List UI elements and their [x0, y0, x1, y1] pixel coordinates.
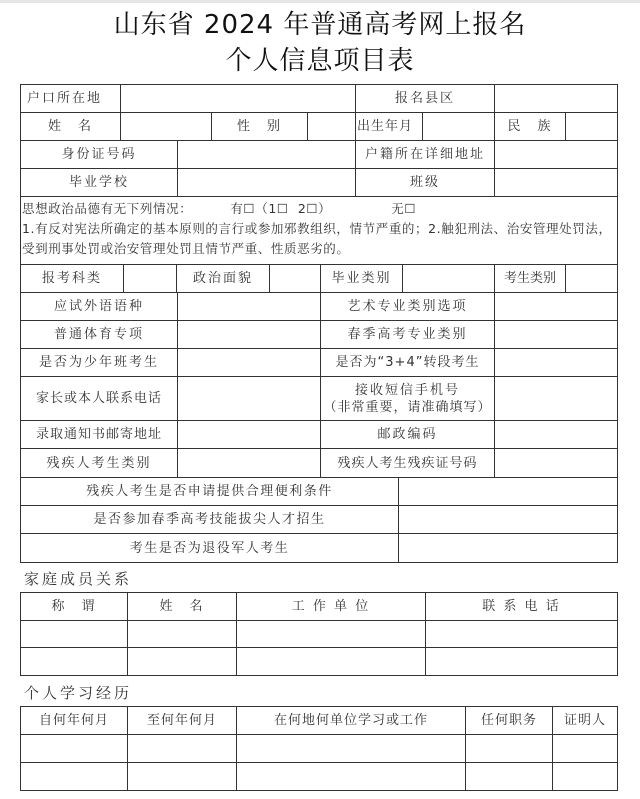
study-row-1-witness[interactable] [552, 734, 618, 763]
family-row-1-name[interactable] [127, 620, 237, 648]
label-id-number: 身份证号码 [20, 140, 178, 169]
label-veteran: 考生是否为退役军人考生 [20, 533, 399, 563]
family-col-name: 姓 名 [127, 592, 237, 621]
field-birth-date[interactable] [422, 112, 495, 141]
study-row-2-witness[interactable] [552, 762, 618, 791]
study-col-place: 在何地何单位学习或工作 [236, 706, 466, 735]
study-row-1-to[interactable] [127, 734, 237, 763]
family-row-2-phone[interactable] [425, 647, 618, 676]
field-hukou-location[interactable] [120, 84, 356, 113]
label-graduation-category: 毕业类别 [320, 264, 403, 293]
field-exam-category[interactable] [123, 264, 177, 293]
study-row-1-position[interactable] [465, 734, 553, 763]
field-sports-specialty[interactable] [177, 320, 321, 349]
family-row-2-name[interactable] [127, 647, 237, 676]
field-class[interactable] [494, 168, 618, 197]
field-disability-accommodation[interactable] [398, 477, 618, 506]
field-art-major-option[interactable] [494, 292, 618, 321]
field-veteran[interactable] [398, 533, 618, 563]
field-disability-category[interactable] [177, 448, 321, 478]
label-candidate-category: 考生类别 [494, 264, 566, 293]
conduct-question: 思想政治品德有无下列情况： [22, 199, 192, 219]
conduct-description: 1.有反对宪法所确定的基本原则的言行或参加邪教组织，情节严重的；2.触犯刑法、治… [22, 219, 617, 259]
field-transfer-3plus4[interactable] [494, 348, 618, 377]
label-birth-date: 出生年月 [355, 112, 423, 141]
label-graduated-school: 毕业学校 [20, 168, 178, 197]
field-household-address[interactable] [494, 140, 618, 169]
field-gender[interactable] [307, 112, 356, 141]
label-name: 姓 名 [20, 112, 121, 141]
family-col-relation: 称 谓 [20, 592, 128, 621]
study-col-from: 自何年何月 [20, 706, 128, 735]
study-col-to: 至何年何月 [127, 706, 237, 735]
family-row-1-relation[interactable] [20, 620, 128, 648]
label-art-major-option: 艺术专业类别选项 [320, 292, 495, 321]
study-section-title: 个人学习经历 [24, 682, 132, 703]
label-postal-code: 邮政编码 [320, 420, 495, 449]
field-political-status[interactable] [269, 264, 321, 293]
field-contact-phone[interactable] [177, 376, 321, 421]
field-spring-exam-major[interactable] [494, 320, 618, 349]
label-sms-phone-block: 接收短信手机号 （非常重要，请准确填写） [320, 376, 495, 421]
study-row-2-place[interactable] [236, 762, 466, 791]
field-foreign-language[interactable] [177, 292, 321, 321]
label-ethnicity: 民 族 [494, 112, 566, 141]
label-transfer-3plus4: 是否为“3+4”转段考生 [320, 348, 495, 377]
page-subtitle: 个人信息项目表 [0, 40, 640, 77]
field-admission-mail-address[interactable] [177, 420, 321, 449]
family-col-phone: 联 系 电 话 [425, 592, 618, 621]
field-postal-code[interactable] [494, 420, 618, 449]
field-candidate-category[interactable] [565, 264, 618, 293]
field-sms-phone[interactable] [494, 376, 618, 421]
field-ethnicity[interactable] [565, 112, 618, 141]
label-disability-accommodation: 残疾人考生是否申请提供合理便利条件 [20, 477, 399, 506]
study-row-1-place[interactable] [236, 734, 466, 763]
label-spring-skill-talent: 是否参加春季高考技能拔尖人才招生 [20, 505, 399, 534]
label-sms-phone: 接收短信手机号 [355, 382, 460, 399]
field-graduated-school[interactable] [177, 168, 356, 197]
study-row-1-from[interactable] [20, 734, 128, 763]
study-col-witness: 证明人 [552, 706, 618, 735]
field-spring-skill-talent[interactable] [398, 505, 618, 534]
page-title: 山东省 2024 年普通高考网上报名 [0, 4, 640, 41]
label-sports-specialty: 普通体育专项 [20, 320, 178, 349]
label-juvenile-class: 是否为少年班考生 [20, 348, 178, 377]
field-graduation-category[interactable] [402, 264, 495, 293]
label-gender: 性 别 [211, 112, 308, 141]
label-disability-cert-number: 残疾人考生残疾证号码 [320, 448, 495, 478]
label-class: 班级 [355, 168, 495, 197]
field-id-number[interactable] [177, 140, 356, 169]
field-juvenile-class[interactable] [177, 348, 321, 377]
label-hukou-location: 户口所在地 [20, 84, 121, 113]
family-row-1-phone[interactable] [425, 620, 618, 648]
label-sms-phone-note: （非常重要，请准确填写） [323, 399, 491, 416]
top-edge [0, 0, 640, 3]
label-spring-exam-major: 春季高考专业类别 [320, 320, 495, 349]
study-row-2-to[interactable] [127, 762, 237, 791]
label-household-address: 户籍所在详细地址 [355, 140, 495, 169]
field-registration-county[interactable] [494, 84, 618, 113]
label-contact-phone: 家长或本人联系电话 [20, 376, 178, 421]
family-row-2-relation[interactable] [20, 647, 128, 676]
conduct-notice: 思想政治品德有无下列情况： 有☐（1☐ 2☐） 无☐ 1.有反对宪法所确定的基本… [20, 196, 618, 265]
family-row-1-work-unit[interactable] [236, 620, 426, 648]
family-section-title: 家庭成员关系 [24, 568, 132, 589]
label-registration-county: 报名县区 [355, 84, 495, 113]
conduct-yes-option[interactable]: 有☐（1☐ 2☐） [230, 199, 331, 219]
field-name[interactable] [120, 112, 212, 141]
study-row-2-position[interactable] [465, 762, 553, 791]
label-disability-category: 残疾人考生类别 [20, 448, 178, 478]
label-foreign-language: 应试外语语种 [20, 292, 178, 321]
field-disability-cert-number[interactable] [494, 448, 618, 478]
family-row-2-work-unit[interactable] [236, 647, 426, 676]
conduct-no-option[interactable]: 无☐ [391, 199, 416, 219]
family-col-work-unit: 工 作 单 位 [236, 592, 426, 621]
label-political-status: 政治面貌 [176, 264, 270, 293]
study-col-position: 任何职务 [465, 706, 553, 735]
study-row-2-from[interactable] [20, 762, 128, 791]
label-admission-mail-address: 录取通知书邮寄地址 [20, 420, 178, 449]
label-exam-category: 报考科类 [20, 264, 124, 293]
